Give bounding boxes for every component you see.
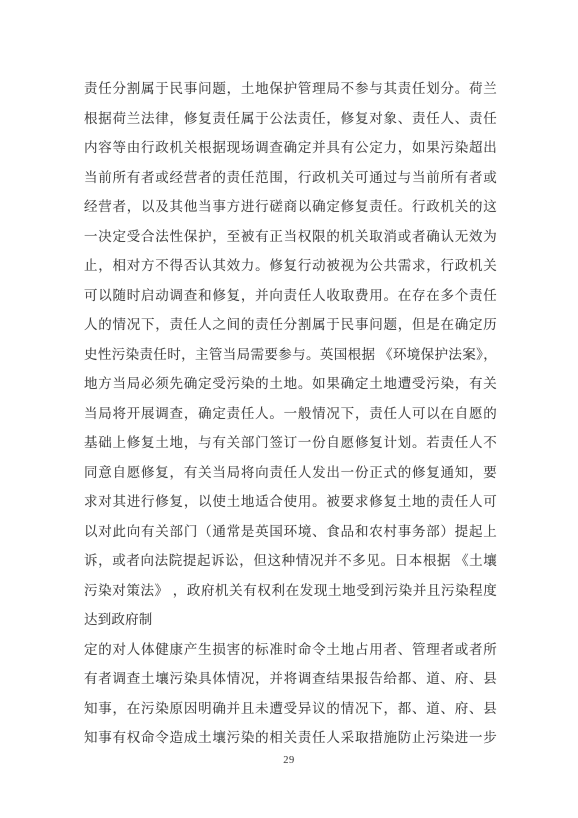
text-line: 史性污染责任时，主管当局需要参与。英国根据 《环境保护法案》， [84, 340, 497, 370]
text-line: 经营者，以及其他当事方进行磋商以确定修复责任。行政机关的这 [84, 192, 497, 222]
text-line: 诉，或者向法院提起诉讼，但这种情况并不多见。日本根据 《土壤 [84, 546, 497, 576]
text-line: 可以随时启动调查和修复，并向责任人收取费用。在存在多个责任 [84, 281, 497, 311]
text-line: 污染对策法》 ，政府机关有权利在发现土地受到污染并且污染程度 [84, 576, 497, 606]
text-line: 止，相对方不得否认其效力。修复行动被视为公共需求，行政机关 [84, 251, 497, 281]
text-line: 根据荷兰法律，修复责任属于公法责任，修复对象、责任人、责任 [84, 104, 497, 134]
page-number: 29 [0, 755, 578, 766]
text-line: 知事有权命令造成土壤污染的相关责任人采取措施防止污染进一步 [84, 723, 497, 753]
text-line: 当前所有者或经营者的责任范围，行政机关可通过与当前所有者或 [84, 163, 497, 193]
document-body-text: 责任分割属于民事问题，土地保护管理局不参与其责任划分。荷兰 根据荷兰法律，修复责… [84, 74, 497, 753]
text-line: 定的对人体健康产生损害的标准时命令土地占用者、管理者或者所 [84, 635, 497, 665]
text-line: 有者调查土壤污染具体情况，并将调查结果报告给都、道、府、县 [84, 664, 497, 694]
document-page: 责任分割属于民事问题，土地保护管理局不参与其责任划分。荷兰 根据荷兰法律，修复责… [0, 0, 578, 818]
text-line-paragraph-end: 达到政府制 [84, 605, 497, 635]
text-line: 人的情况下，责任人之间的责任分割属于民事问题，但是在确定历 [84, 310, 497, 340]
text-line: 求对其进行修复，以使土地适合使用。被要求修复土地的责任人可 [84, 487, 497, 517]
text-line: 责任分割属于民事问题，土地保护管理局不参与其责任划分。荷兰 [84, 74, 497, 104]
text-line: 基础上修复土地，与有关部门签订一份自愿修复计划。若责任人不 [84, 428, 497, 458]
text-line: 内容等由行政机关根据现场调查确定并具有公定力，如果污染超出 [84, 133, 497, 163]
text-line: 知事，在污染原因明确并且未遭受异议的情况下，都、道、府、县 [84, 694, 497, 724]
text-line: 地方当局必须先确定受污染的土地。如果确定土地遭受污染，有关 [84, 369, 497, 399]
text-line: 一决定受合法性保护，至被有正当权限的机关取消或者确认无效为 [84, 222, 497, 252]
text-line: 当局将开展调查，确定责任人。一般情况下，责任人可以在自愿的 [84, 399, 497, 429]
text-line: 以对此向有关部门（通常是英国环境、食品和农村事务部）提起上 [84, 517, 497, 547]
text-line: 同意自愿修复，有关当局将向责任人发出一份正式的修复通知，要 [84, 458, 497, 488]
